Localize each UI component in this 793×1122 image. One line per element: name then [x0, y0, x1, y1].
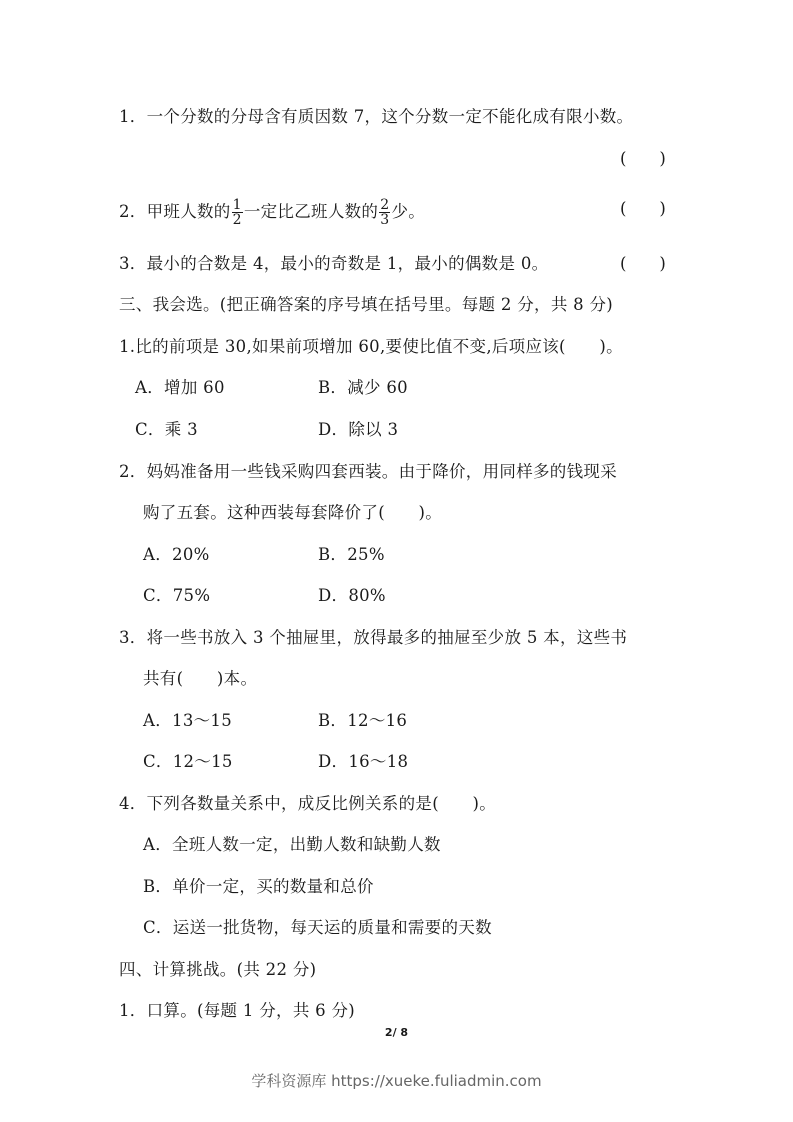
choice-q2-line2: 购了五套。这种西装每套降价了( )。 [143, 502, 442, 524]
choice-q4-option-c: C．运送一批货物，每天运的质量和需要的天数 [143, 917, 492, 939]
choice-q3-line1: 3．将一些书放入 3 个抽屉里，放得最多的抽屉至少放 5 本，这些书 [119, 627, 627, 649]
footer-watermark: 学科资源库 https://xueke.fuliadmin.com [0, 1070, 793, 1091]
choice-q1-option-d: D．除以 3 [318, 419, 398, 441]
choice-q4-option-b: B．单价一定，买的数量和总价 [143, 876, 374, 898]
section3-title: 三、我会选。(把正确答案的序号填在括号里。每题 2 分，共 8 分) [119, 294, 613, 316]
judge-q2-middle: 一定比乙班人数的 [244, 202, 378, 221]
choice-q1-option-a: A．增加 60 [135, 377, 225, 399]
frac-num: 1 [232, 198, 243, 213]
frac-num: 2 [379, 198, 390, 213]
choice-q4-option-a: A．全班人数一定，出勤人数和缺勤人数 [143, 834, 441, 856]
answer-paren-q2: ( ) [620, 198, 666, 220]
fraction-two-thirds: 23 [379, 198, 390, 227]
choice-q1-option-c: C．乘 3 [135, 419, 198, 441]
frac-den: 3 [379, 213, 390, 227]
answer-paren-q1: ( ) [620, 148, 666, 170]
choice-q3-option-c: C．12～15 [143, 751, 233, 773]
judge-q2: 2．甲班人数的12一定比乙班人数的23少。 [119, 198, 425, 227]
choice-q3-option-b: B．12～16 [318, 710, 407, 732]
choice-q2-option-d: D．80% [318, 585, 386, 607]
section4-title: 四、计算挑战。(共 22 分) [119, 959, 316, 981]
choice-q3-line2: 共有( )本。 [143, 668, 257, 690]
judge-q2-prefix: 2．甲班人数的 [119, 202, 231, 221]
choice-q2-option-a: A．20% [143, 544, 210, 566]
choice-q2-line1: 2．妈妈准备用一些钱采购四套西装。由于降价，用同样多的钱现采 [119, 461, 617, 483]
choice-q1-line: 1.比的前项是 30,如果前项增加 60,要使比值不变,后项应该( )。 [119, 336, 623, 358]
judge-q2-suffix: 少。 [391, 202, 425, 221]
choice-q1-option-b: B．减少 60 [318, 377, 408, 399]
choice-q4-line: 4．下列各数量关系中，成反比例关系的是( )。 [119, 793, 496, 815]
section4-sub1: 1．口算。(每题 1 分，共 6 分) [119, 1000, 355, 1022]
judge-q3: 3．最小的合数是 4，最小的奇数是 1，最小的偶数是 0。 [119, 253, 548, 275]
fraction-one-half: 12 [232, 198, 243, 227]
choice-q2-option-c: C．75% [143, 585, 210, 607]
choice-q3-option-a: A．13～15 [143, 710, 232, 732]
choice-q3-option-d: D．16～18 [318, 751, 408, 773]
judge-q1: 1．一个分数的分母含有质因数 7，这个分数一定不能化成有限小数。 [119, 106, 633, 128]
choice-q2-option-b: B．25% [318, 544, 385, 566]
frac-den: 2 [232, 213, 243, 227]
answer-paren-q3: ( ) [620, 253, 666, 275]
page-number: 2/ 8 [0, 1026, 793, 1039]
